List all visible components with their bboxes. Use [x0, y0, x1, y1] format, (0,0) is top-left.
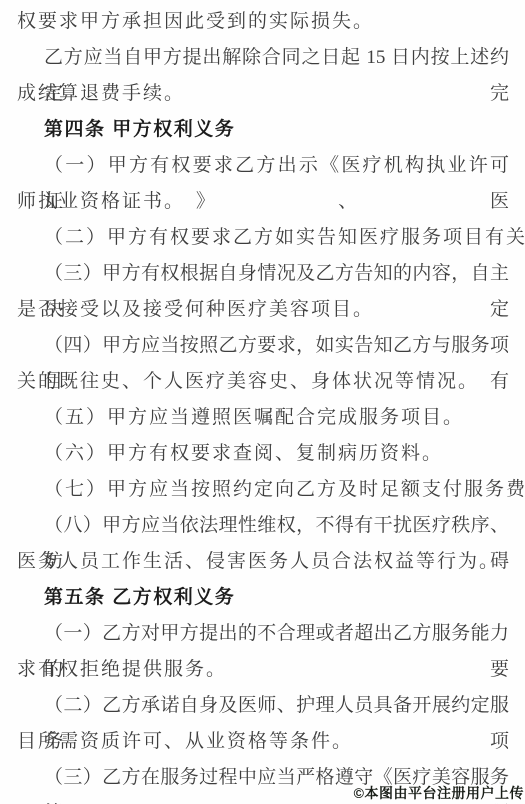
paragraph-line: （六）甲方有权要求查阅、复制病历资料。 [17, 436, 509, 472]
paragraph-line: （五）甲方应当遵照医嘱配合完成服务项目。 [17, 400, 509, 436]
section-heading-article-4: 第四条 甲方权利义务 [17, 112, 509, 148]
section-heading-article-5: 第五条 乙方权利义务 [17, 580, 509, 616]
contract-document-page: 权要求甲方承担因此受到的实际损失。 乙方应当自甲方提出解除合同之日起 15 日内… [0, 0, 525, 804]
paragraph-line: （一）甲方有权要求乙方出示《医疗机构执业许可证》、医 [17, 148, 509, 184]
paragraph-line: 医务人员工作生活、侵害医务人员合法权益等行为。 [17, 544, 509, 580]
paragraph-line: （一）乙方对甲方提出的不合理或者超出乙方服务能力的要 [17, 616, 509, 652]
paragraph-line: 乙方应当自甲方提出解除合同之日起 15 日内按上述约定完 [17, 40, 509, 76]
paragraph-line: （三）甲方有权根据自身情况及乙方告知的内容，自主决定 [17, 256, 509, 292]
paragraph-line: （二）乙方承诺自身及医师、护理人员具备开展约定服务项 [17, 688, 509, 724]
paragraph-line: 关的既往史、个人医疗美容史、身体状况等情况。 [17, 364, 509, 400]
paragraph-line: （七）甲方应当按照约定向乙方及时足额支付服务费用。 [17, 472, 509, 508]
paragraph-line: （八）甲方应当依法理性维权，不得有干扰医疗秩序、妨碍 [17, 508, 509, 544]
paragraph-line: 权要求甲方承担因此受到的实际损失。 [17, 4, 509, 40]
uploader-watermark: ©本图由平台注册用户上传 [354, 783, 524, 803]
paragraph-line: （四）甲方应当按照乙方要求，如实告知乙方与服务项目有 [17, 328, 509, 364]
paragraph-line: （二）甲方有权要求乙方如实告知医疗服务项目有关情况。 [17, 220, 509, 256]
document-body: 权要求甲方承担因此受到的实际损失。 乙方应当自甲方提出解除合同之日起 15 日内… [17, 4, 509, 796]
